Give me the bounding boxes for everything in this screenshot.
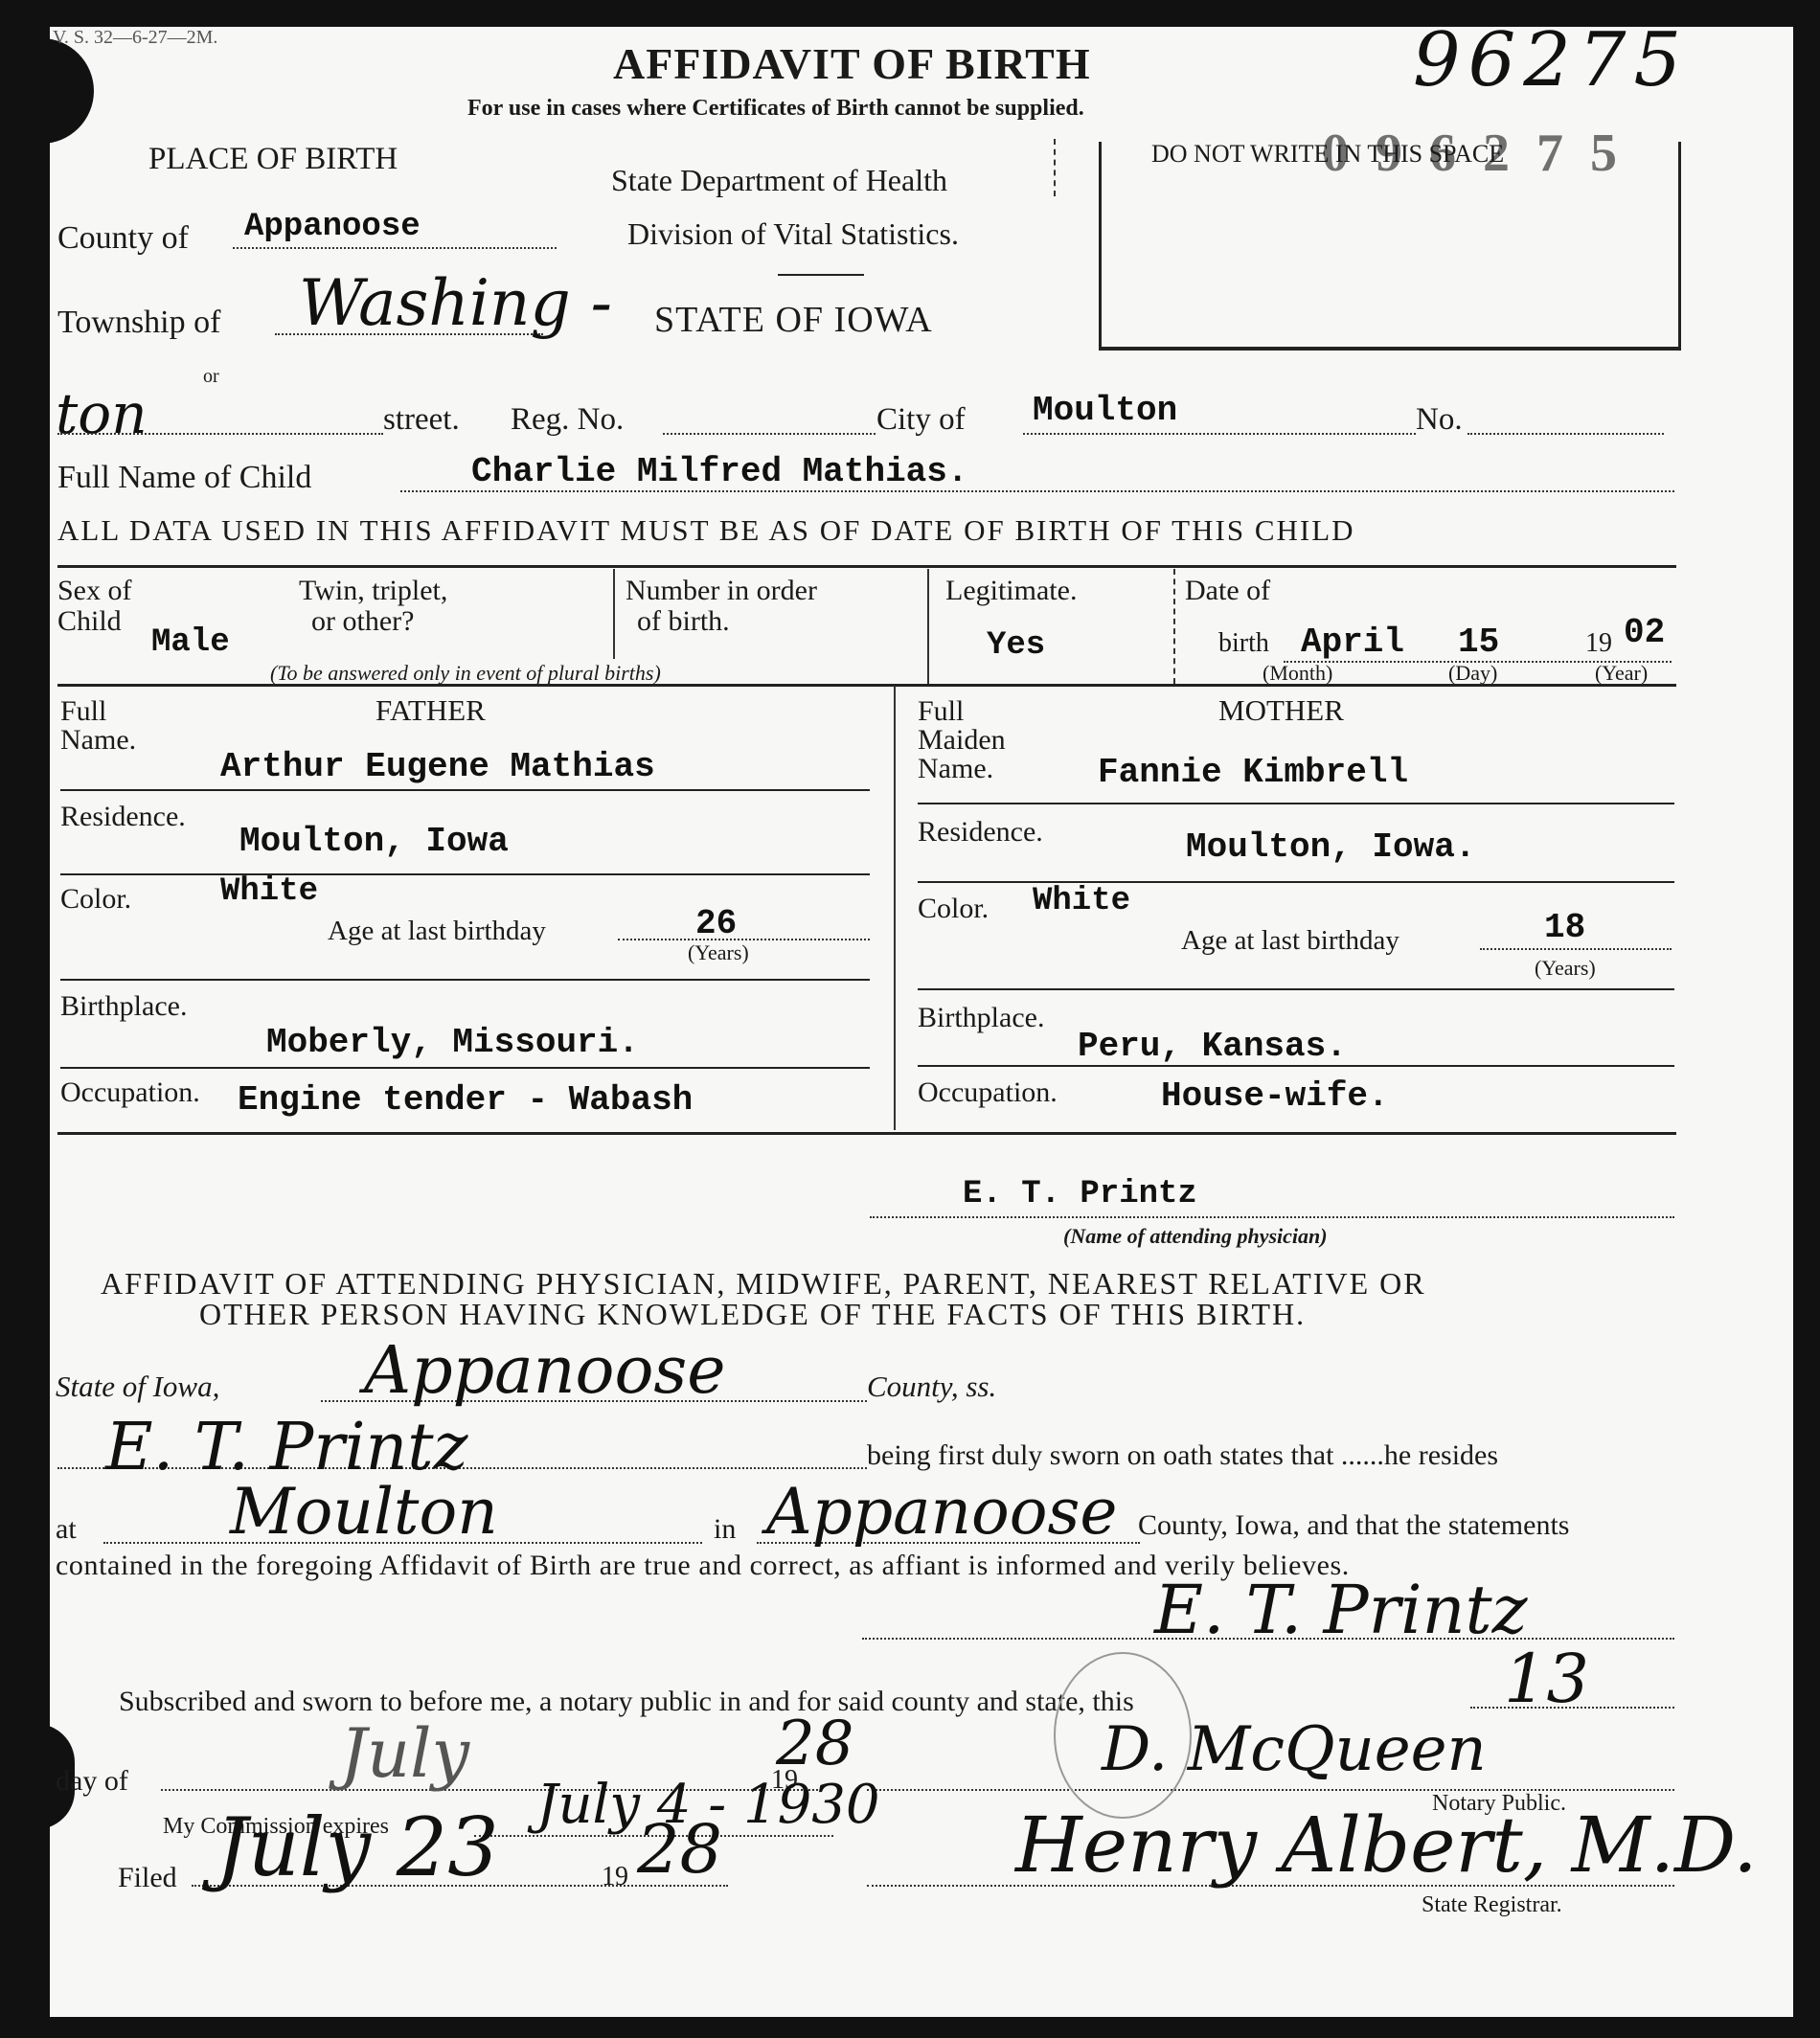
agency-line-2: Division of Vital Statistics. — [627, 216, 959, 252]
do-not-write-box — [1099, 142, 1681, 351]
birth-order-label: Number in order — [626, 575, 817, 607]
father-age-value: 26 — [695, 904, 737, 943]
divider — [778, 274, 864, 276]
in-value: Appanoose — [766, 1475, 1117, 1549]
no-label: No. — [1416, 402, 1463, 438]
county-ss-label: County, ss. — [867, 1370, 996, 1404]
dob-year: 02 — [1624, 613, 1665, 652]
father-birthplace-value: Moberly, Missouri. — [266, 1023, 639, 1062]
registrar-caption: State Registrar. — [1422, 1892, 1562, 1918]
year-caption: (Year) — [1595, 661, 1648, 686]
divider — [60, 1067, 870, 1069]
legitimate-value: Yes — [987, 627, 1045, 664]
street-line — [57, 433, 383, 435]
mother-occupation-value: House-wife. — [1161, 1076, 1389, 1116]
divider — [57, 684, 1676, 687]
day-of-year: 28 — [776, 1709, 853, 1779]
divider — [613, 569, 615, 659]
physician-line — [870, 1216, 1674, 1218]
father-birthplace-label: Birthplace. — [60, 990, 187, 1023]
divider — [60, 979, 870, 981]
mother-name-label: Full — [918, 695, 964, 728]
dob-label: Date of — [1185, 575, 1270, 607]
do-not-write-label: DO NOT WRITE IN THIS SPACE — [1151, 140, 1504, 169]
physician-caption: (Name of attending physician) — [1063, 1224, 1328, 1249]
day-of-month: July — [340, 1714, 469, 1793]
legitimate-label: Legitimate. — [945, 575, 1077, 607]
birth-order-label-2: of birth. — [637, 605, 730, 638]
day-of-label: day of — [56, 1765, 128, 1798]
divider — [918, 881, 1674, 883]
father-name-label: Full — [60, 695, 106, 728]
county-line — [233, 247, 557, 249]
township-value-part1: Washing - — [299, 266, 612, 340]
document-title: AFFIDAVIT OF BIRTH — [613, 38, 1091, 89]
affiant-signature: E. T. Printz — [1154, 1571, 1528, 1649]
divider — [918, 803, 1674, 804]
agency-line-1: State Department of Health — [611, 163, 947, 198]
parents-divider — [894, 686, 896, 1130]
at-label: at — [56, 1513, 77, 1546]
or-label: or — [203, 366, 219, 388]
document-subtitle: For use in cases where Certificates of B… — [467, 96, 1084, 122]
city-value: Moulton — [1033, 391, 1177, 430]
father-occupation-value: Engine tender - Wabash — [238, 1080, 693, 1120]
father-age-caption: (Years) — [688, 940, 749, 965]
plural-births-note: (To be answered only in event of plural … — [270, 661, 661, 686]
mother-name-label-2: Maiden — [918, 724, 1006, 757]
no-line — [1467, 433, 1664, 435]
city-line — [1023, 433, 1416, 435]
month-caption: (Month) — [1263, 661, 1332, 686]
subscribed-day: 13 — [1504, 1640, 1589, 1718]
county-iowa-text: County, Iowa, and that the statements — [1138, 1509, 1569, 1542]
data-notice: ALL DATA USED IN THIS AFFIDAVIT MUST BE … — [57, 513, 1355, 548]
father-occupation-label: Occupation. — [60, 1076, 200, 1109]
form-code: V. S. 32—6-27—2M. — [53, 27, 217, 49]
twin-label-2: or other? — [311, 605, 414, 638]
state-heading: STATE OF IOWA — [654, 299, 933, 341]
reg-no-line — [663, 433, 876, 435]
child-name-label: Full Name of Child — [57, 460, 311, 496]
twin-label: Twin, triplet, — [299, 575, 447, 607]
mother-name-label-3: Name. — [918, 753, 993, 785]
notary-seal — [1054, 1652, 1192, 1819]
father-name-value: Arthur Eugene Mathias — [220, 747, 655, 786]
divider — [57, 1132, 1676, 1135]
divider — [1173, 569, 1175, 684]
mother-age-caption: (Years) — [1535, 956, 1596, 981]
father-age-label: Age at last birthday — [328, 916, 546, 947]
mother-age-label: Age at last birthday — [1181, 925, 1399, 957]
registrar-signature: Henry Albert, M.D. — [1015, 1800, 1758, 1890]
sworn-text: being first duly sworn on oath states th… — [867, 1439, 1498, 1472]
sex-label-2: Child — [57, 605, 122, 638]
mother-occupation-label: Occupation. — [918, 1076, 1058, 1109]
father-heading: FATHER — [375, 693, 486, 728]
file-number-handwritten: 96275 — [1413, 17, 1689, 103]
reg-no-label: Reg. No. — [511, 402, 624, 438]
dob-day: 15 — [1458, 623, 1499, 662]
divider — [60, 873, 870, 875]
dob-month: April — [1301, 623, 1404, 662]
mother-birthplace-label: Birthplace. — [918, 1002, 1044, 1034]
filed-label: Filed — [118, 1862, 177, 1894]
mother-age-value: 18 — [1544, 908, 1585, 947]
divider — [57, 565, 1676, 568]
filed-month-day: July 23 — [216, 1800, 499, 1894]
child-name-value: Charlie Milfred Mathias. — [471, 452, 967, 491]
divider — [1054, 139, 1056, 196]
dob-year-prefix: 19 — [1585, 628, 1612, 659]
divider — [927, 569, 929, 684]
divider — [918, 1065, 1674, 1067]
mother-residence-value: Moulton, Iowa. — [1186, 827, 1475, 867]
at-value: Moulton — [230, 1475, 498, 1549]
city-label: City of — [876, 402, 966, 438]
dob-label-2: birth — [1218, 628, 1269, 659]
county-label: County of — [57, 220, 189, 257]
day-caption: (Day) — [1448, 661, 1497, 686]
divider — [918, 988, 1674, 990]
physician-name-value: E. T. Printz — [963, 1176, 1197, 1212]
state-of-iowa-label: State of Iowa, — [56, 1370, 219, 1404]
mother-residence-label: Residence. — [918, 816, 1043, 849]
divider — [60, 789, 870, 791]
in-label: in — [714, 1513, 736, 1546]
sex-label: Sex of — [57, 575, 132, 607]
father-residence-label: Residence. — [60, 801, 186, 833]
father-name-label-2: Name. — [60, 724, 136, 757]
mother-heading: MOTHER — [1218, 693, 1344, 728]
place-of-birth-heading: PLACE OF BIRTH — [148, 142, 398, 177]
affidavit-county-value: Appanoose — [364, 1333, 726, 1409]
township-value-part2: ton — [56, 381, 148, 446]
mother-color-label: Color. — [918, 893, 989, 925]
township-label: Township of — [57, 305, 220, 341]
father-color-label: Color. — [60, 883, 131, 916]
sex-value: Male — [151, 624, 230, 661]
father-residence-value: Moulton, Iowa — [239, 822, 509, 861]
county-value: Appanoose — [244, 209, 421, 245]
affidavit-heading-2: OTHER PERSON HAVING KNOWLEDGE OF THE FAC… — [199, 1297, 1306, 1332]
subscribed-text: Subscribed and sworn to before me, a not… — [119, 1686, 1134, 1718]
street-label: street. — [383, 402, 460, 438]
mother-birthplace-value: Peru, Kansas. — [1078, 1027, 1347, 1066]
father-color-value: White — [220, 873, 318, 910]
filed-year: 28 — [637, 1810, 722, 1889]
mother-age-line — [1480, 948, 1672, 950]
mother-name-value: Fannie Kimbrell — [1098, 753, 1408, 792]
filed-year-prefix: 19 — [602, 1862, 628, 1892]
mother-color-value: White — [1033, 883, 1130, 919]
